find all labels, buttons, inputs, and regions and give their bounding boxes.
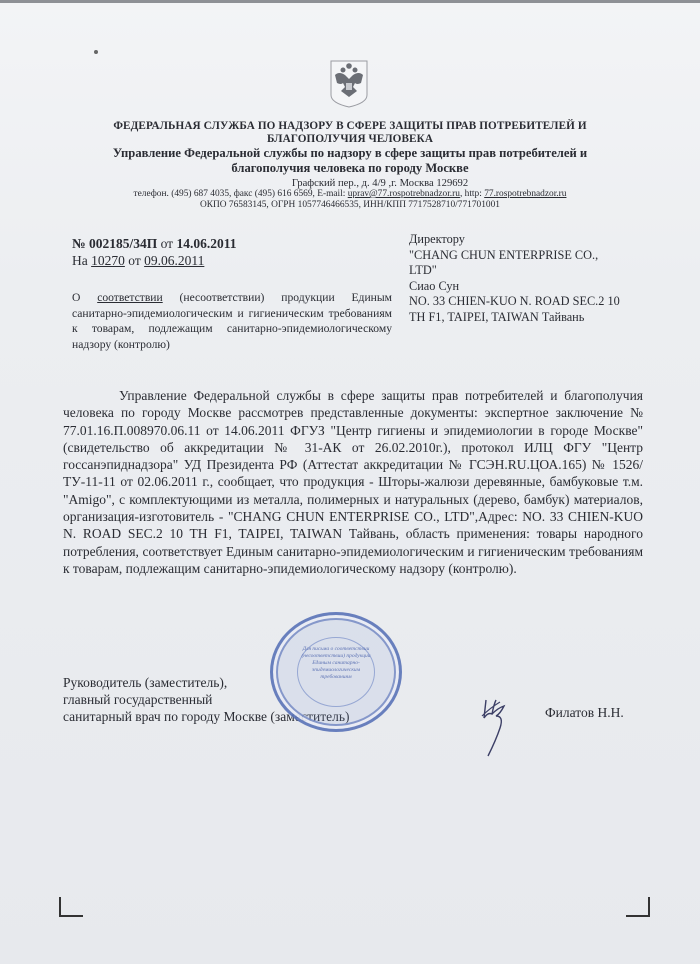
recipient-title: Директору (409, 232, 659, 248)
document-page: ФЕДЕРАЛЬНАЯ СЛУЖБА ПО НАДЗОРУ В СФЕРЕ ЗА… (0, 0, 700, 964)
signer-name: Филатов Н.Н. (545, 705, 624, 721)
email-link[interactable]: uprav@77.rospotrebnadzor.ru (348, 189, 460, 199)
crop-mark-left (59, 897, 83, 917)
document-subject: О соответствии (несоответствии) продукци… (72, 290, 392, 352)
office-name: Управление Федеральной службы по надзору… (0, 146, 700, 176)
document-number: № 002185/34П от 14.06.2011 (72, 235, 236, 252)
recipient-name: Сиао Сун (409, 279, 659, 295)
coat-of-arms-icon (329, 59, 369, 109)
recipient-address: NO. 33 CHIEN-KUO N. ROAD SEC.2 10 (409, 294, 659, 310)
scan-edge (0, 0, 700, 3)
official-stamp: Для письма о соответствии (несоответстви… (270, 612, 402, 732)
main-body-text: Управление Федеральной службы в сфере за… (63, 387, 643, 577)
recipient-block: Директору "CHANG CHUN ENTERPRISE CO., LT… (409, 232, 659, 326)
recipient-company: "CHANG CHUN ENTERPRISE CO., (409, 248, 659, 264)
crop-mark-right (626, 897, 650, 917)
office-contacts: телефон. (495) 687 4035, факс (495) 616 … (0, 189, 700, 200)
office-address: Графский пер., д. 4/9 ,г. Москва 129692 (30, 178, 700, 189)
registration-codes: ОКПО 76583145, ОГРН 1057746466535, ИНН/К… (0, 200, 700, 211)
scan-speck (94, 50, 98, 54)
website-link[interactable]: 77.rospotrebnadzor.ru (484, 189, 566, 199)
agency-name: ФЕДЕРАЛЬНАЯ СЛУЖБА ПО НАДЗОРУ В СФЕРЕ ЗА… (0, 120, 700, 146)
handwritten-signature-icon (478, 694, 518, 758)
reply-reference: На 10270 от 09.06.2011 (72, 252, 204, 269)
stamp-text: Для письма о соответствии (несоответстви… (297, 637, 375, 707)
